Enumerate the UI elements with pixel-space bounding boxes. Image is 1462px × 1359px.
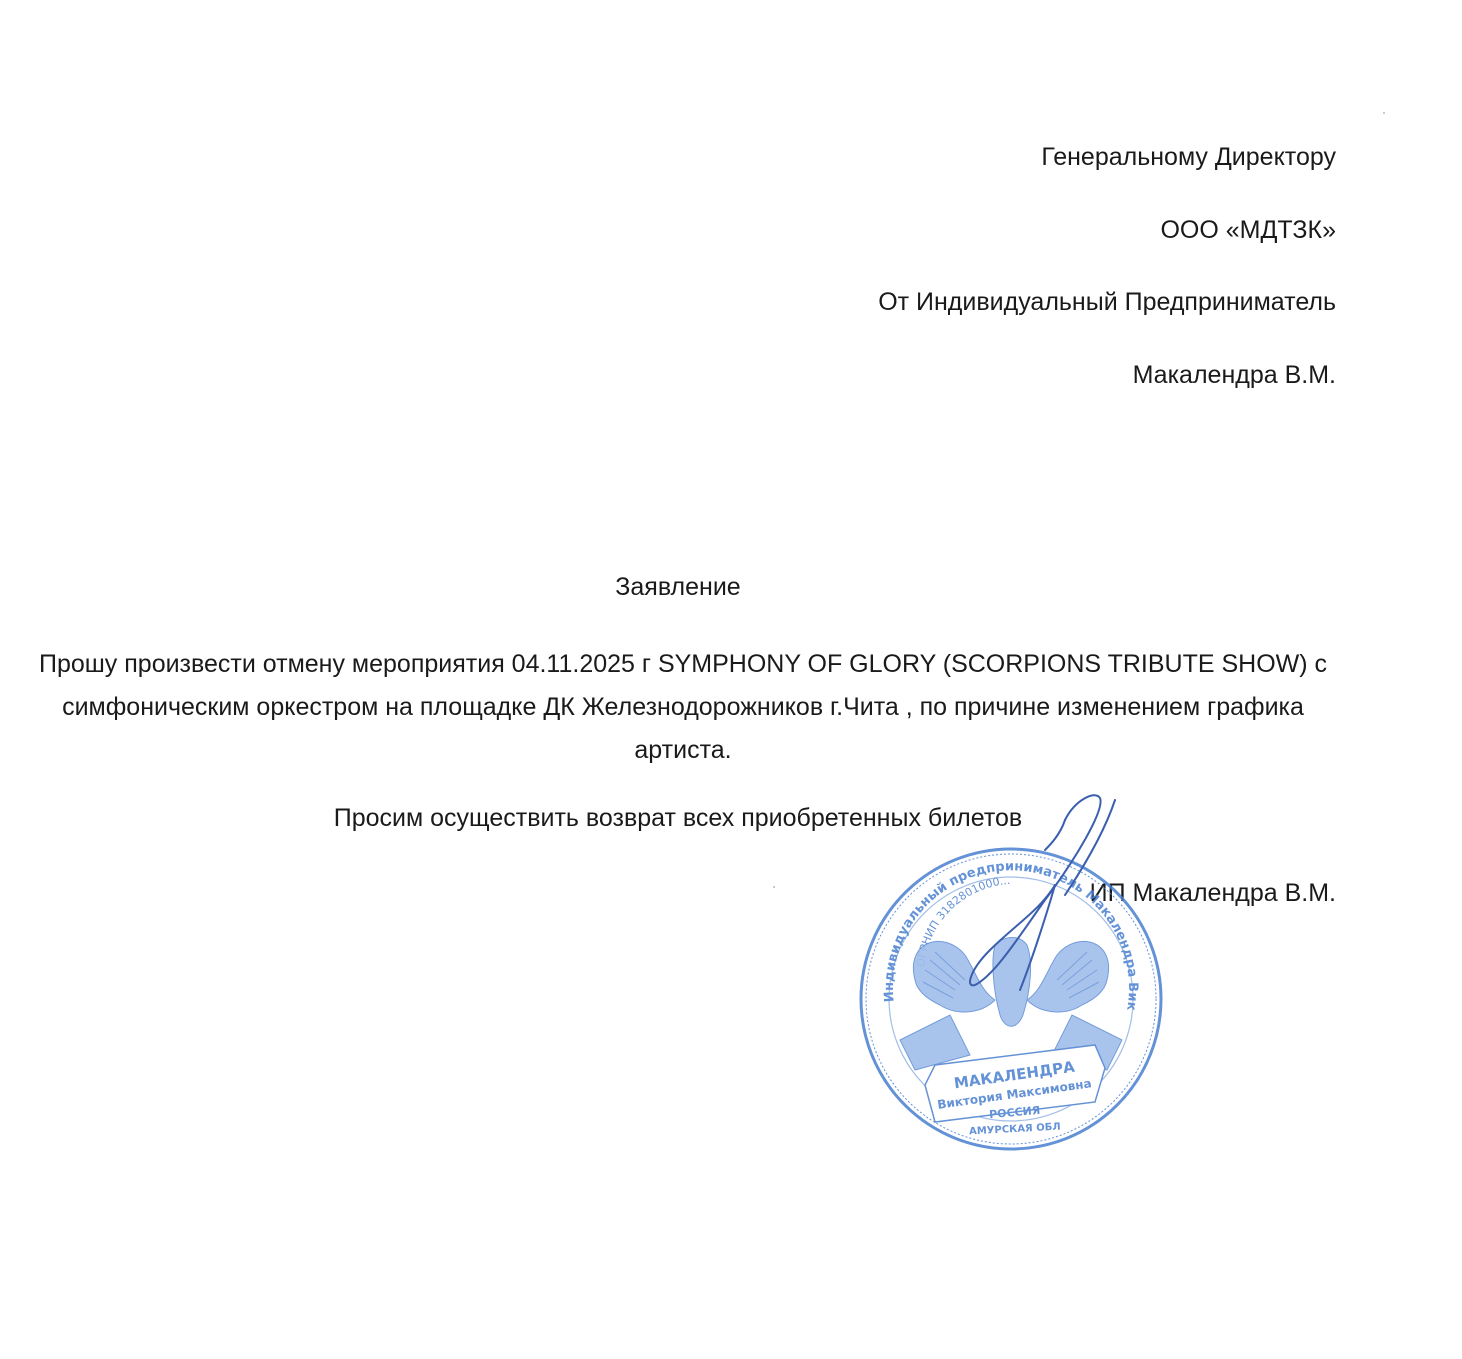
addressee-company: ООО «МДТЗК» <box>1160 215 1336 245</box>
sender-name: Макалендра В.М. <box>1133 360 1336 390</box>
refund-request: Просим осуществить возврат всех приобрет… <box>0 803 1356 833</box>
handwritten-signature-icon <box>935 790 1135 1010</box>
addressee-title: Генеральному Директору <box>1041 142 1336 172</box>
svg-text:АМУРСКАЯ ОБЛ: АМУРСКАЯ ОБЛ <box>969 1122 1061 1138</box>
scan-speck <box>1383 112 1385 114</box>
scan-speck <box>773 886 775 888</box>
sender-title: От Индивидуальный Предприниматель <box>878 287 1336 317</box>
document-title: Заявление <box>0 572 1356 602</box>
body-paragraph: Прошу произвести отмену мероприятия 04.1… <box>38 643 1328 772</box>
document-page: Генеральному Директору ООО «МДТЗК» От Ин… <box>0 0 1462 1359</box>
